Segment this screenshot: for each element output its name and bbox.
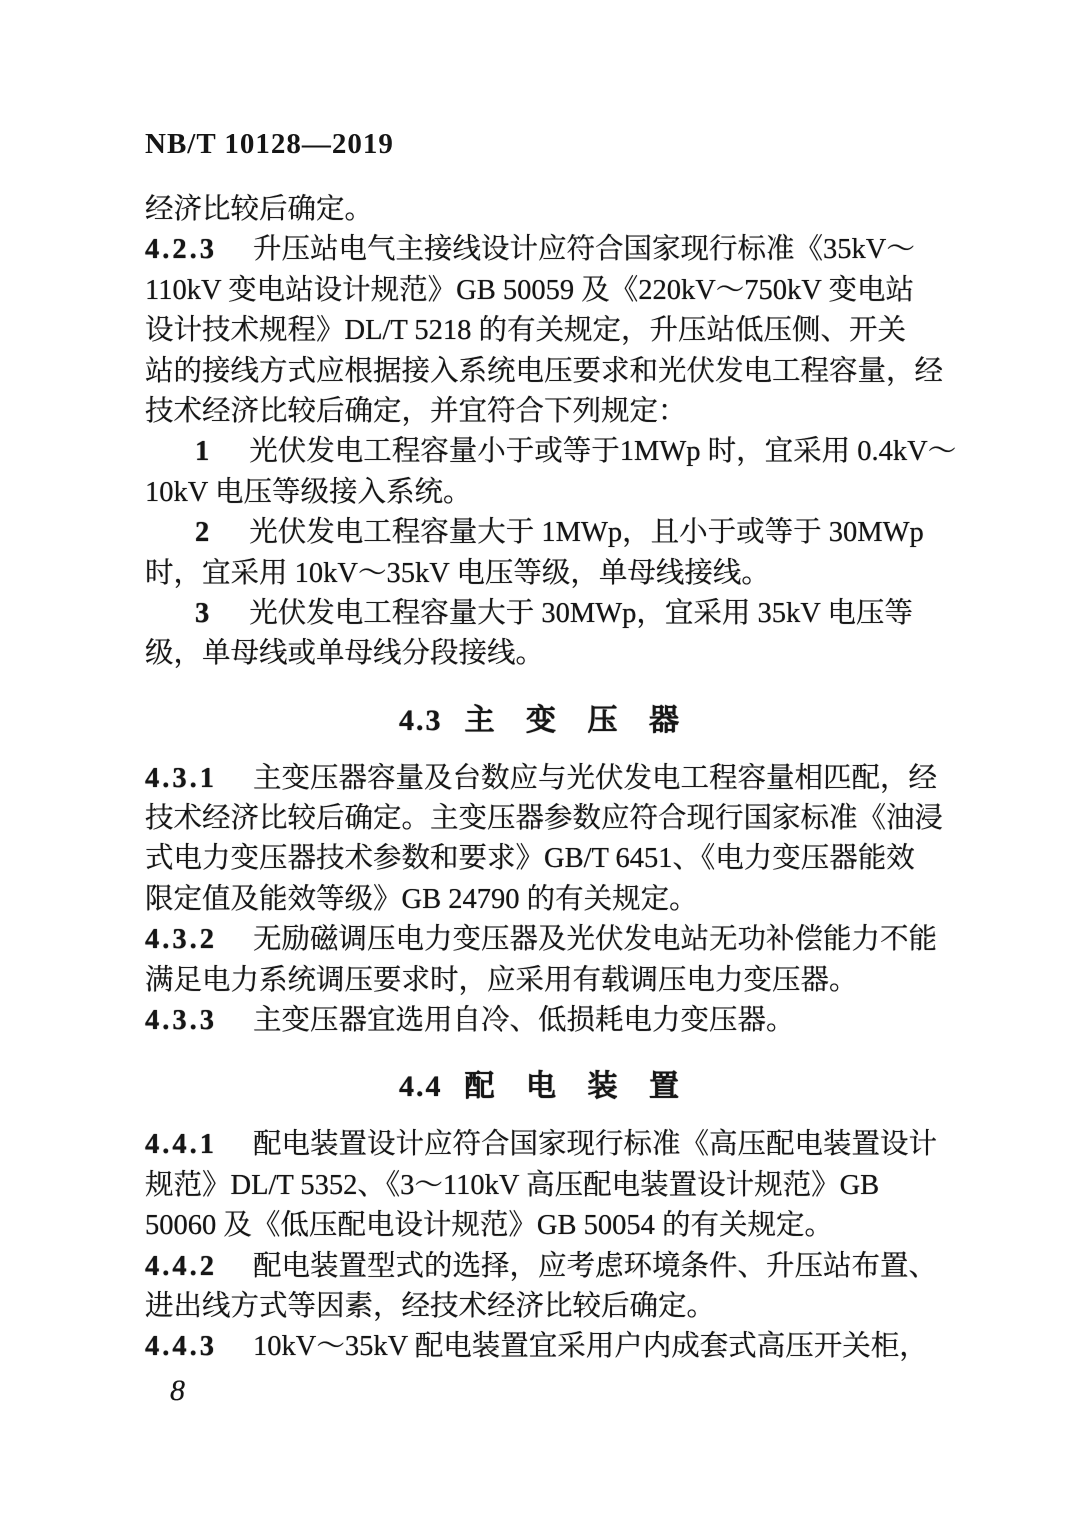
text-line: 规范》DL/T 5352、《3～110kV 高压配电装置设计规范》GB [145, 1166, 939, 1206]
line-text: 光伏发电工程容量小于或等于1MWp 时，宜采用 0.4kV～ [249, 436, 956, 467]
clause-number: 4.2.3 [145, 234, 217, 265]
clause-number: 4.3.3 [145, 1005, 217, 1036]
section-heading: 4.4配 电 装 置 [145, 1067, 939, 1107]
line-text: 技术经济比较后确定，并宜符合下列规定： [145, 396, 687, 427]
section-title: 配 电 装 置 [465, 1070, 686, 1103]
clause-number: 1 [195, 436, 209, 467]
line-text: 级，单母线或单母线分段接线。 [145, 638, 544, 669]
line-text: 升压站电气主接线设计应符合国家现行标准《35kV～ [253, 234, 915, 265]
clause-number: 4.4.1 [145, 1129, 217, 1160]
text-line: 级，单母线或单母线分段接线。 [145, 634, 939, 674]
clause-number: 4.4.2 [145, 1251, 217, 1282]
text-line: 进出线方式等因素，经技术经济比较后确定。 [145, 1287, 939, 1327]
line-text: 设计技术规程》DL/T 5218 的有关规定，升压站低压侧、开关 [145, 315, 906, 346]
section-number: 4.3 [399, 704, 443, 737]
line-text: 光伏发电工程容量大于 30MWp，宜采用 35kV 电压等 [249, 598, 913, 629]
line-text: 光伏发电工程容量大于 1MWp，且小于或等于 30MWp [249, 517, 923, 548]
text-line: 4.3.1主变压器容量及台数应与光伏发电工程容量相匹配，经 [145, 759, 939, 799]
line-text: 进出线方式等因素，经技术经济比较后确定。 [145, 1291, 715, 1322]
clause-number: 4.4.3 [145, 1331, 217, 1362]
section-heading: 4.3主 变 压 器 [145, 701, 939, 741]
text-line: 技术经济比较后确定，并宜符合下列规定： [145, 392, 939, 432]
section-title: 主 变 压 器 [465, 704, 686, 737]
text-line: 4.4.2配电装置型式的选择，应考虑环境条件、升压站布置、 [145, 1247, 939, 1287]
line-text: 主变压器容量及台数应与光伏发电工程容量相匹配，经 [253, 763, 937, 794]
line-text: 主变压器宜选用自冷、低损耗电力变压器。 [253, 1005, 795, 1036]
text-line: 4.2.3升压站电气主接线设计应符合国家现行标准《35kV～ [145, 230, 939, 270]
clause-number: 3 [195, 598, 209, 629]
line-text: 经济比较后确定。 [145, 194, 373, 225]
page-number: 8 [170, 1374, 185, 1408]
content: 经济比较后确定。4.2.3升压站电气主接线设计应符合国家现行标准《35kV～11… [145, 190, 939, 1368]
line-text: 配电装置设计应符合国家现行标准《高压配电装置设计 [253, 1129, 937, 1160]
text-line: 3光伏发电工程容量大于 30MWp，宜采用 35kV 电压等 [145, 594, 939, 634]
text-line: 经济比较后确定。 [145, 190, 939, 230]
text-line: 时，宜采用 10kV～35kV 电压等级，单母线接线。 [145, 554, 939, 594]
text-line: 满足电力系统调压要求时，应采用有载调压电力变压器。 [145, 961, 939, 1001]
text-line: 4.4.310kV～35kV 配电装置宜采用户内成套式高压开关柜， [145, 1327, 939, 1367]
text-line: 技术经济比较后确定。主变压器参数应符合现行国家标准《油浸 [145, 799, 939, 839]
clause-number: 4.3.1 [145, 763, 217, 794]
line-text: 满足电力系统调压要求时，应采用有载调压电力变压器。 [145, 965, 858, 996]
text-line: 2光伏发电工程容量大于 1MWp，且小于或等于 30MWp [145, 513, 939, 553]
line-text: 式电力变压器技术参数和要求》GB/T 6451、《电力变压器能效 [145, 843, 915, 874]
clause-number: 2 [195, 517, 209, 548]
line-text: 配电装置型式的选择，应考虑环境条件、升压站布置、 [253, 1251, 937, 1282]
text-line: 4.4.1配电装置设计应符合国家现行标准《高压配电装置设计 [145, 1125, 939, 1165]
text-line: 站的接线方式应根据接入系统电压要求和光伏发电工程容量，经 [145, 352, 939, 392]
line-text: 110kV 变电站设计规范》GB 50059 及《220kV～750kV 变电站 [145, 275, 914, 306]
text-line: 限定值及能效等级》GB 24790 的有关规定。 [145, 880, 939, 920]
clause-number: 4.3.2 [145, 924, 217, 955]
line-text: 时，宜采用 10kV～35kV 电压等级，单母线接线。 [145, 558, 770, 589]
text-line: 4.3.2无励磁调压电力变压器及光伏发电站无功补偿能力不能 [145, 920, 939, 960]
text-line: 1光伏发电工程容量小于或等于1MWp 时，宜采用 0.4kV～ [145, 432, 939, 472]
line-text: 限定值及能效等级》GB 24790 的有关规定。 [145, 884, 698, 915]
text-line: 式电力变压器技术参数和要求》GB/T 6451、《电力变压器能效 [145, 839, 939, 879]
text-line: 4.3.3主变压器宜选用自冷、低损耗电力变压器。 [145, 1001, 939, 1041]
text-line: 50060 及《低压配电设计规范》GB 50054 的有关规定。 [145, 1206, 939, 1246]
text-line: 设计技术规程》DL/T 5218 的有关规定，升压站低压侧、开关 [145, 311, 939, 351]
line-text: 规范》DL/T 5352、《3～110kV 高压配电装置设计规范》GB [145, 1170, 879, 1201]
line-text: 无励磁调压电力变压器及光伏发电站无功补偿能力不能 [253, 924, 937, 955]
section-number: 4.4 [399, 1070, 443, 1103]
document-page: NB/T 10128—2019 经济比较后确定。4.2.3升压站电气主接线设计应… [0, 0, 1080, 1531]
line-text: 10kV～35kV 配电装置宜采用户内成套式高压开关柜， [253, 1331, 928, 1362]
line-text: 站的接线方式应根据接入系统电压要求和光伏发电工程容量，经 [145, 356, 943, 387]
standard-number-header: NB/T 10128—2019 [145, 128, 394, 161]
line-text: 10kV 电压等级接入系统。 [145, 477, 471, 508]
text-line: 110kV 变电站设计规范》GB 50059 及《220kV～750kV 变电站 [145, 271, 939, 311]
text-line: 10kV 电压等级接入系统。 [145, 473, 939, 513]
line-text: 技术经济比较后确定。主变压器参数应符合现行国家标准《油浸 [145, 803, 943, 834]
line-text: 50060 及《低压配电设计规范》GB 50054 的有关规定。 [145, 1210, 833, 1241]
